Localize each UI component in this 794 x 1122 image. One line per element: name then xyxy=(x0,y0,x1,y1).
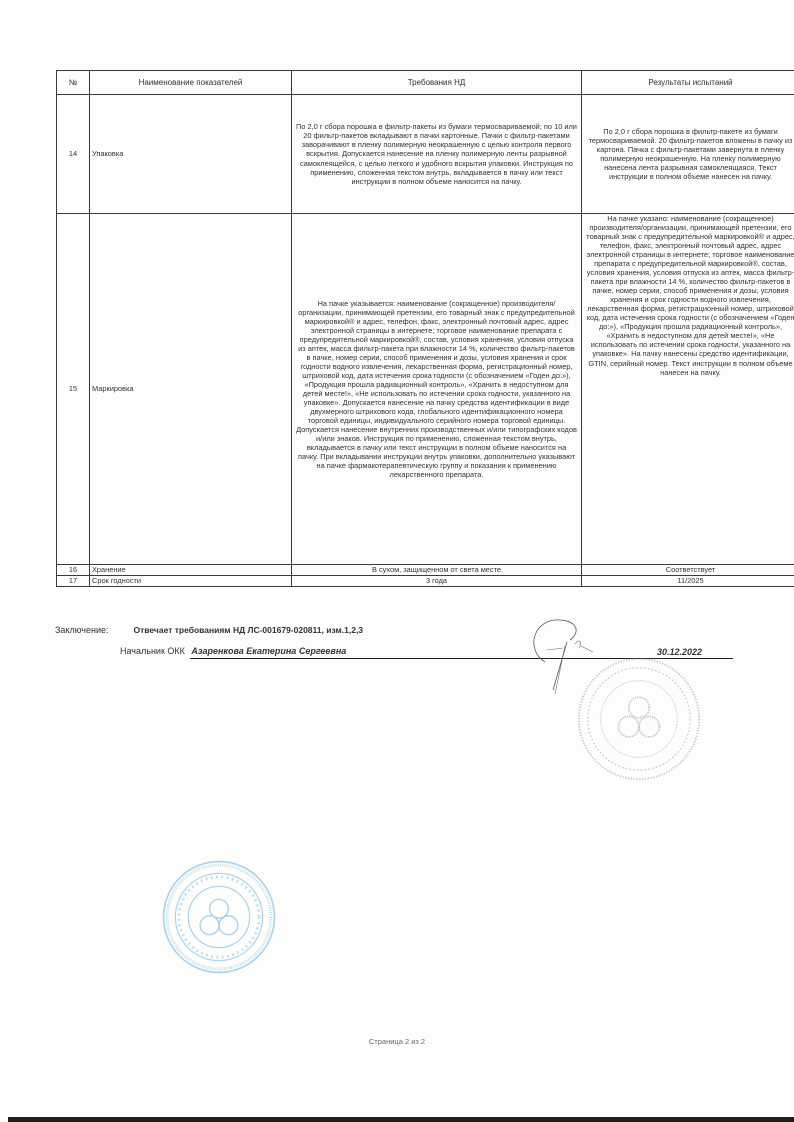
table-header-row: № Наименование показателей Требования НД… xyxy=(57,71,794,95)
row-name: Срок годности xyxy=(90,576,292,587)
test-results-table: № Наименование показателей Требования НД… xyxy=(56,70,794,587)
row-requirements: По 2,0 г сбора порошка в фильтр-пакеты и… xyxy=(292,95,582,214)
signer-name: Азаренкова Екатерина Сергеевна xyxy=(191,646,346,656)
row-name: Упаковка xyxy=(90,95,292,214)
row-results: По 2,0 г сбора порошка в фильтр-пакете и… xyxy=(582,95,794,214)
scan-edge xyxy=(8,1117,794,1122)
conclusion-value: Отвечает требованиям НД ЛС-001679-020811… xyxy=(134,625,364,635)
page-number: Страница 2 из 2 xyxy=(0,1037,794,1046)
row-num: 15 xyxy=(57,214,90,565)
row-name: Маркировка xyxy=(90,214,292,565)
header-requirements: Требования НД xyxy=(292,71,582,95)
conclusion-label: Заключение: xyxy=(55,625,131,635)
row-results: Соответствует xyxy=(582,565,794,576)
table-row: 15 Маркировка На пачке указывается: наим… xyxy=(57,214,794,565)
row-requirements: В сухом, защищенном от света месте xyxy=(292,565,582,576)
table-row: 14 Упаковка По 2,0 г сбора порошка в фил… xyxy=(57,95,794,214)
row-name: Хранение xyxy=(90,565,292,576)
header-results: Результаты испытаний xyxy=(582,71,794,95)
row-requirements: 3 года xyxy=(292,576,582,587)
conclusion: Заключение: Отвечает требованиям НД ЛС-0… xyxy=(55,625,363,635)
row-num: 17 xyxy=(57,576,90,587)
header-name: Наименование показателей xyxy=(90,71,292,95)
table-row: 16 Хранение В сухом, защищенном от света… xyxy=(57,565,794,576)
row-results: На пачке указано: наименование (сокращен… xyxy=(582,214,794,565)
stamp-icon xyxy=(160,858,278,976)
header-num: № xyxy=(57,71,90,95)
row-num: 14 xyxy=(57,95,90,214)
row-requirements: На пачке указывается: наименование (сокр… xyxy=(292,214,582,565)
signer-position: Начальник ОКК xyxy=(120,646,185,656)
signer-block: Начальник ОКК Азаренкова Екатерина Серге… xyxy=(120,646,346,656)
row-num: 16 xyxy=(57,565,90,576)
stamp-icon xyxy=(575,655,703,783)
row-results: 11/2025 xyxy=(582,576,794,587)
table-row: 17 Срок годности 3 года 11/2025 xyxy=(57,576,794,587)
